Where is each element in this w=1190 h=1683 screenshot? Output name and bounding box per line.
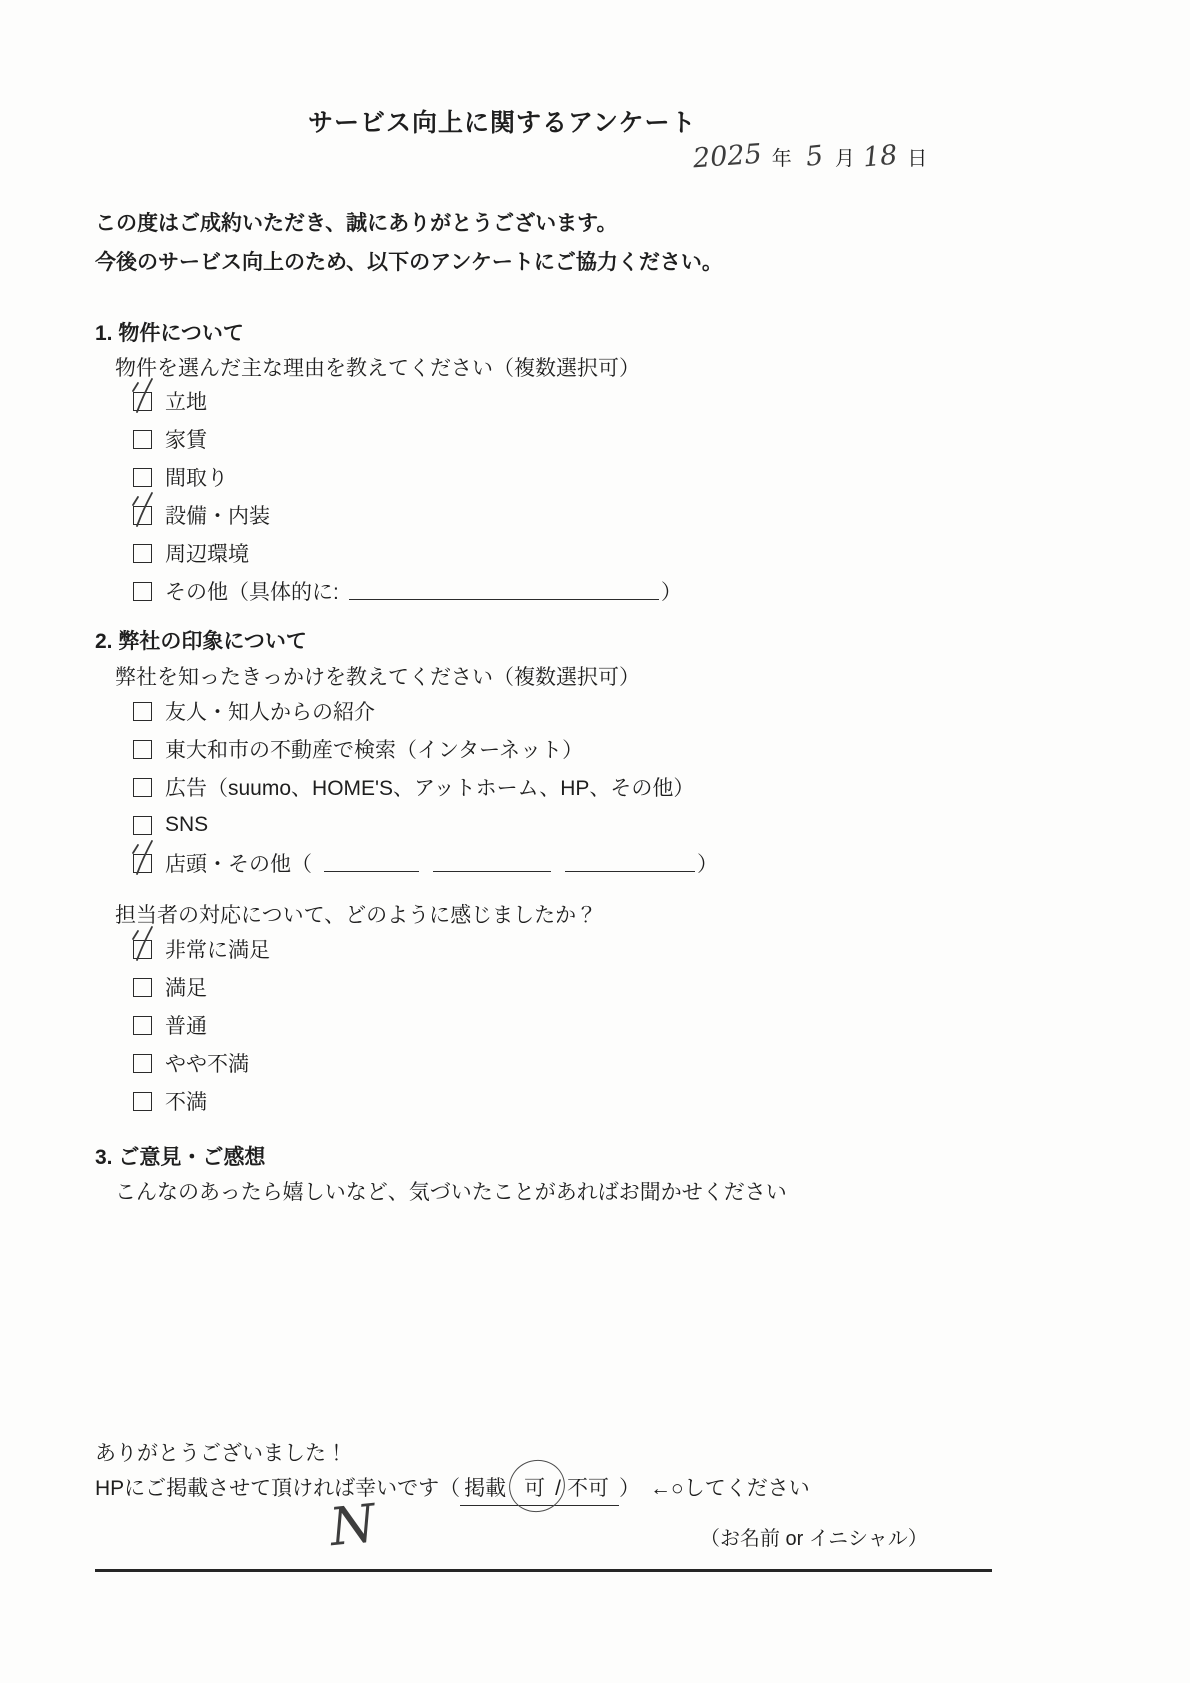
section2-heading: 2. 弊社の印象について xyxy=(95,622,307,661)
date-year-handwritten: 2025 xyxy=(692,141,762,173)
thanks-text: ありがとうございました！ xyxy=(95,1437,347,1467)
option-label: その他（具体的に: xyxy=(165,576,339,606)
option-label: 設備・内装 xyxy=(165,500,270,530)
checkbox-futsuu[interactable] xyxy=(133,1016,152,1035)
option-label: 間取り xyxy=(165,462,228,492)
option-row: 普通 xyxy=(133,1006,270,1044)
option-label: 広告（suumo、HOME'S、アットホーム、HP、その他） xyxy=(165,772,694,802)
section1-question: 物件を選んだ主な理由を教えてください（複数選択可） xyxy=(115,352,640,382)
handwritten-check-icon xyxy=(130,489,157,528)
option-label: 満足 xyxy=(165,972,207,1002)
section2-options: 友人・知人からの紹介 東大和市の不動産で検索（インターネット） 広告（suumo… xyxy=(133,692,718,882)
option-row: 立地 xyxy=(133,382,682,420)
intro-block: この度はご成約いただき、誠にありがとうございます。 今後のサービス向上のため、以… xyxy=(95,204,723,282)
section1-options: 立地 家賃 間取り 設備・内装 周辺環境 xyxy=(133,382,682,610)
option-row: 店頭・その他（ ） xyxy=(133,844,718,882)
date-day-label: 日 xyxy=(907,142,927,171)
tentou-blank-line-1[interactable] xyxy=(324,854,419,872)
section1-heading: 1. 物件について xyxy=(95,314,244,353)
option-row: 周辺環境 xyxy=(133,534,682,572)
option-label: 周辺環境 xyxy=(165,538,249,568)
intro-line-1: この度はご成約いただき、誠にありがとうございます。 xyxy=(95,204,723,243)
option-label: 非常に満足 xyxy=(165,934,270,964)
option-row: 不満 xyxy=(133,1082,270,1120)
checkbox-sonota[interactable] xyxy=(133,582,152,601)
option-label: 東大和市の不動産で検索（インターネット） xyxy=(165,734,583,764)
hp-keisai-label: 掲載 xyxy=(464,1472,506,1502)
section2-question2: 担当者の対応について、どのように感じましたか？ xyxy=(115,899,597,929)
option-label-suffix: ） xyxy=(661,576,682,606)
option-label: 店頭・その他（ xyxy=(165,848,312,878)
option-row: SNS xyxy=(133,806,718,844)
name-hint: （お名前 or イニシャル） xyxy=(700,1522,928,1551)
hp-permission-line: HPにご掲載させて頂ければ幸いです（ 掲載 可 / 不可 ） ←○してください xyxy=(95,1472,810,1506)
date-year-label: 年 xyxy=(772,142,792,171)
option-label: 友人・知人からの紹介 xyxy=(165,696,375,726)
signature-rule-line xyxy=(95,1569,992,1572)
handwritten-check-icon xyxy=(130,923,157,962)
other-reason-blank-line[interactable] xyxy=(349,582,659,600)
hp-circle-instruction: ←○してください xyxy=(650,1472,810,1502)
intro-line-2: 今後のサービス向上のため、以下のアンケートにご協力ください。 xyxy=(95,243,723,282)
survey-scan-page: サービス向上に関するアンケート 2025 年 5 月 18 日 この度はご成約い… xyxy=(0,0,1190,1683)
checkbox-sns[interactable] xyxy=(133,816,152,835)
option-label: 不満 xyxy=(165,1086,207,1116)
option-label: やや不満 xyxy=(165,1048,249,1078)
option-row: その他（具体的に: ） xyxy=(133,572,682,610)
checkbox-shuhen[interactable] xyxy=(133,544,152,563)
hp-choice-ka[interactable]: 可 xyxy=(524,1472,545,1502)
option-row: 間取り xyxy=(133,458,682,496)
tentou-blank-line-3[interactable] xyxy=(565,854,695,872)
option-row: やや不満 xyxy=(133,1044,270,1082)
comments-area[interactable] xyxy=(95,1215,1095,1420)
option-label: 普通 xyxy=(165,1010,207,1040)
checkbox-setsubi[interactable] xyxy=(133,506,152,525)
hp-choice-fuka[interactable]: 不可 xyxy=(567,1472,609,1502)
date-month-handwritten: 5 xyxy=(804,142,824,171)
handwritten-check-icon xyxy=(130,375,157,414)
checkbox-kensaku[interactable] xyxy=(133,740,152,759)
option-label: SNS xyxy=(165,813,208,837)
hp-line-close: ） xyxy=(619,1472,640,1502)
checkbox-madori[interactable] xyxy=(133,468,152,487)
checkbox-ricchi[interactable] xyxy=(133,392,152,411)
handwritten-circle-mark xyxy=(504,1454,571,1518)
date-month-label: 月 xyxy=(835,142,855,171)
checkbox-koukoku[interactable] xyxy=(133,778,152,797)
option-label: 家賃 xyxy=(165,424,207,454)
checkbox-tentou[interactable] xyxy=(133,854,152,873)
checkbox-manzoku[interactable] xyxy=(133,978,152,997)
handwritten-check-icon xyxy=(130,837,157,876)
section2-satisfaction-options: 非常に満足 満足 普通 やや不満 不満 xyxy=(133,930,270,1120)
hp-line-prefix: HPにご掲載させて頂ければ幸いです（ xyxy=(95,1472,460,1502)
date-line: 2025 年 5 月 18 日 xyxy=(693,142,927,171)
option-row: 東大和市の不動産で検索（インターネット） xyxy=(133,730,718,768)
option-label-suffix: ） xyxy=(697,848,718,878)
handwritten-signature-initial[interactable]: N xyxy=(327,1494,379,1558)
option-row: 非常に満足 xyxy=(133,930,270,968)
option-row: 友人・知人からの紹介 xyxy=(133,692,718,730)
section3-heading: 3. ご意見・ご感想 xyxy=(95,1138,265,1177)
checkbox-shokai[interactable] xyxy=(133,702,152,721)
option-row: 広告（suumo、HOME'S、アットホーム、HP、その他） xyxy=(133,768,718,806)
checkbox-yachin[interactable] xyxy=(133,430,152,449)
page-title: サービス向上に関するアンケート xyxy=(308,103,697,139)
hp-choice-group: 掲載 可 / 不可 xyxy=(460,1472,619,1506)
section3-question: こんなのあったら嬉しいなど、気づいたことがあればお聞かせください xyxy=(115,1176,787,1206)
option-row: 設備・内装 xyxy=(133,496,682,534)
section2-question: 弊社を知ったきっかけを教えてください（複数選択可） xyxy=(115,661,640,691)
option-row: 満足 xyxy=(133,968,270,1006)
date-day-handwritten: 18 xyxy=(862,142,899,172)
checkbox-yaya-fuman[interactable] xyxy=(133,1054,152,1073)
checkbox-fuman[interactable] xyxy=(133,1092,152,1111)
tentou-blank-line-2[interactable] xyxy=(433,854,551,872)
option-row: 家賃 xyxy=(133,420,682,458)
checkbox-hijouni-manzoku[interactable] xyxy=(133,940,152,959)
option-label: 立地 xyxy=(165,386,207,416)
